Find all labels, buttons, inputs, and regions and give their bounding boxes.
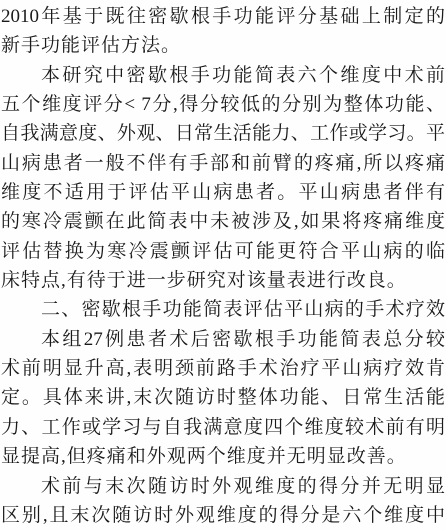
text-line-3: 本研究中密歇根手功能简表六个维度中术前 xyxy=(1,61,445,90)
scanned-paper-page: 2010年基于既往密歇根手功能评分基础上制定的新手功能评估方法。本研究中密歇根手… xyxy=(0,0,446,531)
text-line-2: 新手功能评估方法。 xyxy=(1,31,445,60)
text-line-16: 显提高,但疼痛和外观两个维度并无明显改善。 xyxy=(1,442,445,471)
text-line-5: 自我满意度、外观、日常生活能力、工作或学习。平 xyxy=(1,119,445,148)
text-line-18: 区别,且末次随访时外观维度的得分是六个维度中 xyxy=(1,501,445,530)
text-line-9: 评估替换为寒冷震颤评估可能更符合平山病的临 xyxy=(1,237,445,266)
text-line-7: 维度不适用于评估平山病患者。平山病患者伴有 xyxy=(1,178,445,207)
text-line-1: 2010年基于既往密歇根手功能评分基础上制定的 xyxy=(1,2,445,31)
text-line-8: 的寒冷震颤在此简表中未被涉及,如果将疼痛维度 xyxy=(1,207,445,236)
text-column: 2010年基于既往密歇根手功能评分基础上制定的新手功能评估方法。本研究中密歇根手… xyxy=(1,2,445,530)
text-line-4: 五个维度评分< 7分,得分较低的分别为整体功能、 xyxy=(1,90,445,119)
text-line-10: 床特点,有待于进一步研究对该量表进行改良。 xyxy=(1,266,445,295)
text-line-13: 术前明显升高,表明颈前路手术治疗平山病疗效肯 xyxy=(1,354,445,383)
text-line-14: 定。具体来讲,末次随访时整体功能、日常生活能 xyxy=(1,383,445,412)
text-line-6: 山病患者一般不伴有手部和前臂的疼痛,所以疼痛 xyxy=(1,149,445,178)
text-line-17: 术前与末次随访时外观维度的得分并无明显 xyxy=(1,472,445,501)
text-line-12: 本组27例患者术后密歇根手功能简表总分较 xyxy=(1,325,445,354)
text-line-15: 力、工作或学习与自我满意度四个维度较术前有明 xyxy=(1,413,445,442)
section-heading: 二、密歇根手功能简表评估平山病的手术疗效 xyxy=(1,295,445,324)
